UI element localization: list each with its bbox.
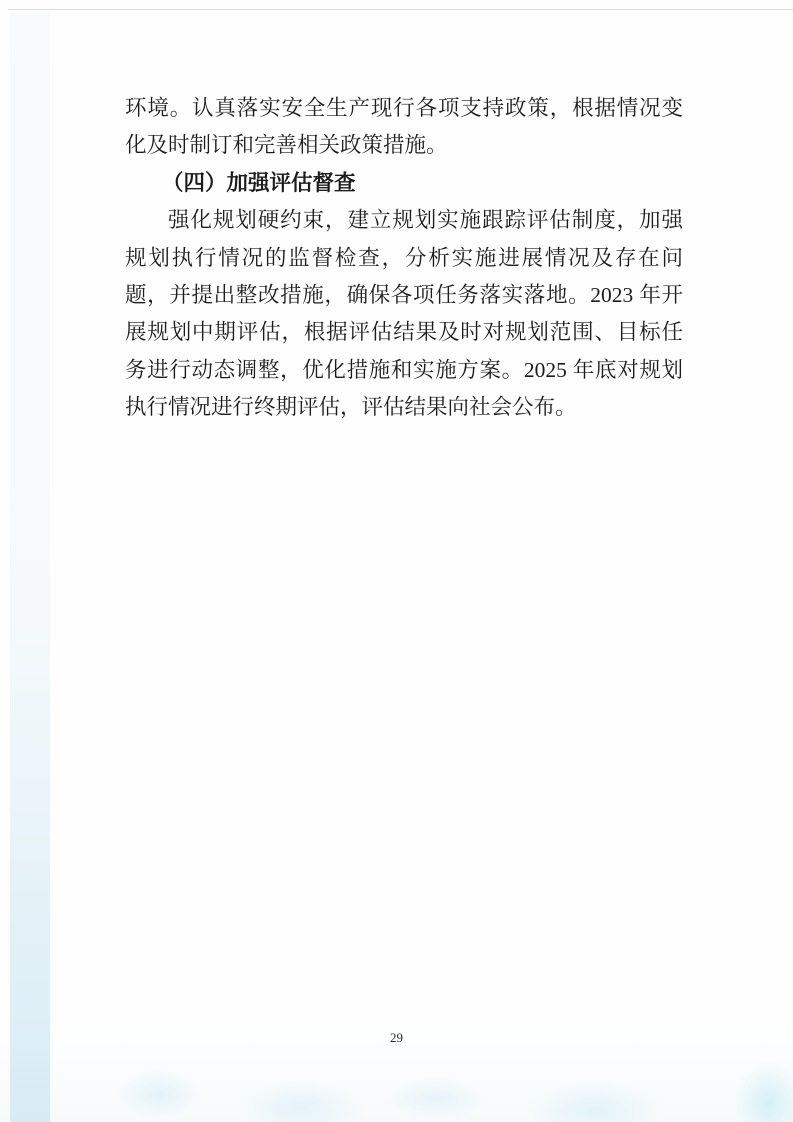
page-text-block: 环境。认真落实安全生产现行各项支持政策，根据情况变化及时制订和完善相关政策措施。… [125,90,683,427]
document-page: 环境。认真落实安全生产现行各项支持政策，根据情况变化及时制订和完善相关政策措施。… [0,0,793,1122]
section-heading: （四）加强评估督查 [125,165,683,202]
page-number: 29 [0,1030,793,1046]
paragraph-body: 强化规划硬约束，建立规划实施跟踪评估制度，加强规划执行情况的监督检查，分析实施进… [125,202,683,426]
scan-edge-top-line [8,9,793,10]
paragraph-continuation: 环境。认真落实安全生产现行各项支持政策，根据情况变化及时制订和完善相关政策措施。 [125,90,683,165]
scan-edge-left-strip [10,12,50,1122]
